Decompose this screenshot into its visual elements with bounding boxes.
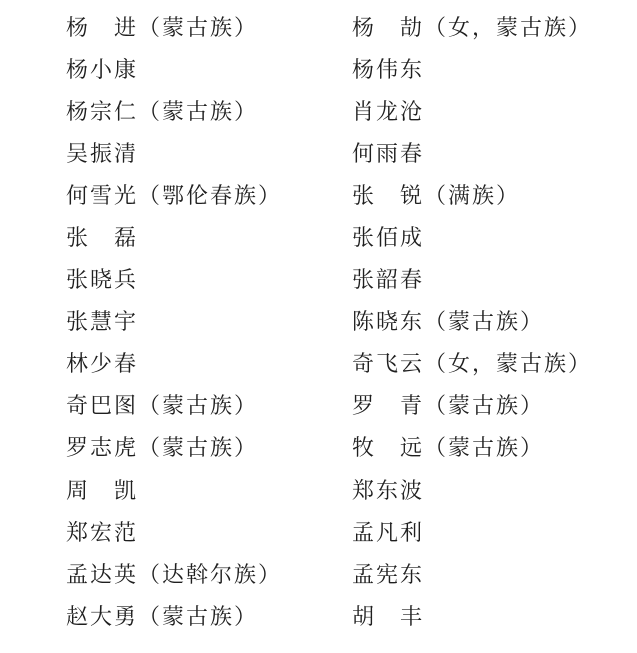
list-item: 牧 远（蒙古族）	[352, 426, 592, 468]
list-item: 杨 劼（女，蒙古族）	[352, 5, 592, 47]
list-item: 胡 丰	[352, 594, 592, 636]
document-page: 杨 进（蒙古族） 杨小康 杨宗仁（蒙古族） 吴振清 何雪光（鄂伦春族） 张 磊 …	[0, 0, 637, 653]
name-column-left: 杨 进（蒙古族） 杨小康 杨宗仁（蒙古族） 吴振清 何雪光（鄂伦春族） 张 磊 …	[66, 5, 282, 636]
list-item: 奇飞云（女，蒙古族）	[352, 342, 592, 384]
list-item: 张佰成	[352, 215, 592, 257]
list-item: 孟达英（达斡尔族）	[66, 552, 282, 594]
list-item: 杨 进（蒙古族）	[66, 5, 282, 47]
list-item: 郑东波	[352, 468, 592, 510]
list-item: 何雨春	[352, 131, 592, 173]
list-item: 罗志虎（蒙古族）	[66, 426, 282, 468]
list-item: 张晓兵	[66, 258, 282, 300]
list-item: 孟宪东	[352, 552, 592, 594]
list-item: 林少春	[66, 342, 282, 384]
list-item: 吴振清	[66, 131, 282, 173]
list-item: 杨伟东	[352, 47, 592, 89]
list-item: 肖龙沧	[352, 89, 592, 131]
list-item: 杨宗仁（蒙古族）	[66, 89, 282, 131]
list-item: 罗 青（蒙古族）	[352, 384, 592, 426]
list-item: 郑宏范	[66, 510, 282, 552]
list-item: 奇巴图（蒙古族）	[66, 384, 282, 426]
list-item: 杨小康	[66, 47, 282, 89]
list-item: 陈晓东（蒙古族）	[352, 300, 592, 342]
name-column-right: 杨 劼（女，蒙古族） 杨伟东 肖龙沧 何雨春 张 锐（满族） 张佰成 张韶春 陈…	[352, 5, 592, 636]
list-item: 张韶春	[352, 258, 592, 300]
list-item: 赵大勇（蒙古族）	[66, 594, 282, 636]
list-item: 张 锐（满族）	[352, 173, 592, 215]
list-item: 张 磊	[66, 215, 282, 257]
list-item: 何雪光（鄂伦春族）	[66, 173, 282, 215]
list-item: 周 凯	[66, 468, 282, 510]
list-item: 张慧宇	[66, 300, 282, 342]
list-item: 孟凡利	[352, 510, 592, 552]
